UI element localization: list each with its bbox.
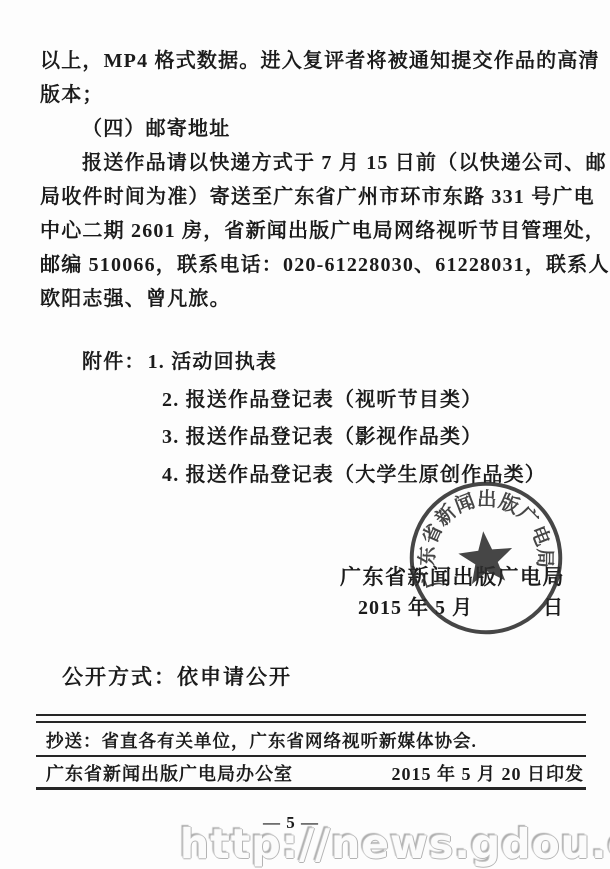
attachment-item-3: 3. 报送作品登记表（影视作品类）: [82, 419, 546, 457]
document-page: 以上，MP4 格式数据。进入复评者将被通知提交作品的高清 版本； （四）邮寄地址…: [0, 0, 610, 869]
attachment-item-2: 2. 报送作品登记表（视听节目类）: [82, 382, 546, 420]
body-line: 中心二期 2601 房，省新闻出版广电局网络视听节目管理处，: [40, 214, 588, 248]
attachments-list: 附件：1. 活动回执表 2. 报送作品登记表（视听节目类） 3. 报送作品登记表…: [82, 344, 546, 494]
issuer-line: 广东省新闻出版广电局办公室 2015 年 5 月 20 日印发: [46, 760, 584, 786]
print-date: 2015 年 5 月 20 日印发: [392, 760, 585, 786]
footer-rule: [36, 721, 586, 723]
attachment-item: 附件：1. 活动回执表: [82, 344, 546, 382]
cc-line: 抄送：省直各有关单位，广东省网络视听新媒体协会.: [46, 728, 477, 753]
star-icon: [456, 528, 515, 585]
attachment-item-1: 1. 活动回执表: [148, 351, 278, 373]
footer-rule: [36, 755, 586, 757]
body-line: 欧阳志强、曾凡旅。: [40, 282, 588, 316]
footer-rule: [36, 714, 586, 716]
section-heading-mailing-address: （四）邮寄地址: [40, 112, 588, 146]
body-line: 报送作品请以快递方式于 7 月 15 日前（以快递公司、邮: [40, 146, 588, 180]
body-line: 邮编 510066，联系电话：020-61228030、61228031，联系人…: [40, 248, 588, 282]
body-line: 局收件时间为准）寄送至广东省广州市环市东路 331 号广电: [40, 180, 588, 214]
disclosure-method: 公开方式：依申请公开: [62, 661, 292, 691]
body-line: 版本；: [40, 78, 588, 112]
footer-rule: [36, 787, 586, 790]
watermark-url: http://news.gdou.edu.cn: [180, 820, 610, 868]
issuer-office: 广东省新闻出版广电局办公室: [46, 760, 293, 786]
body-line: 以上，MP4 格式数据。进入复评者将被通知提交作品的高清: [40, 44, 588, 78]
official-seal: 广东省新闻出版广电局: [396, 471, 576, 645]
body-text: 以上，MP4 格式数据。进入复评者将被通知提交作品的高清 版本； （四）邮寄地址…: [40, 44, 588, 316]
attachments-label: 附件：: [82, 351, 148, 373]
